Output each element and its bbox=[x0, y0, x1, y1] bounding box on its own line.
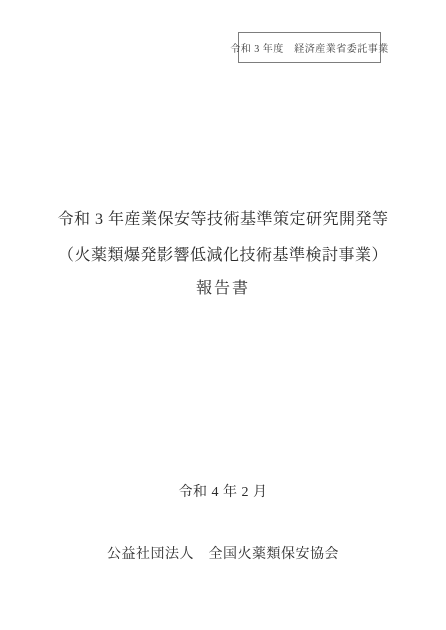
report-title-line2: （火薬類爆発影響低減化技術基準検討事業） bbox=[0, 242, 446, 265]
publication-date: 令和 4 年 2 月 bbox=[0, 481, 446, 501]
report-cover-page: 令和 3 年度 経済産業省委託事業 令和 3 年産業保安等技術基準策定研究開発等… bbox=[0, 0, 446, 630]
report-title-line1: 令和 3 年産業保安等技術基準策定研究開発等 bbox=[0, 206, 446, 229]
commission-label: 令和 3 年度 経済産業省委託事業 bbox=[230, 40, 389, 55]
publisher-name: 公益社団法人 全国火薬類保安協会 bbox=[0, 543, 446, 563]
report-doc-type: 報告書 bbox=[0, 275, 446, 298]
commission-label-box: 令和 3 年度 経済産業省委託事業 bbox=[238, 32, 381, 63]
